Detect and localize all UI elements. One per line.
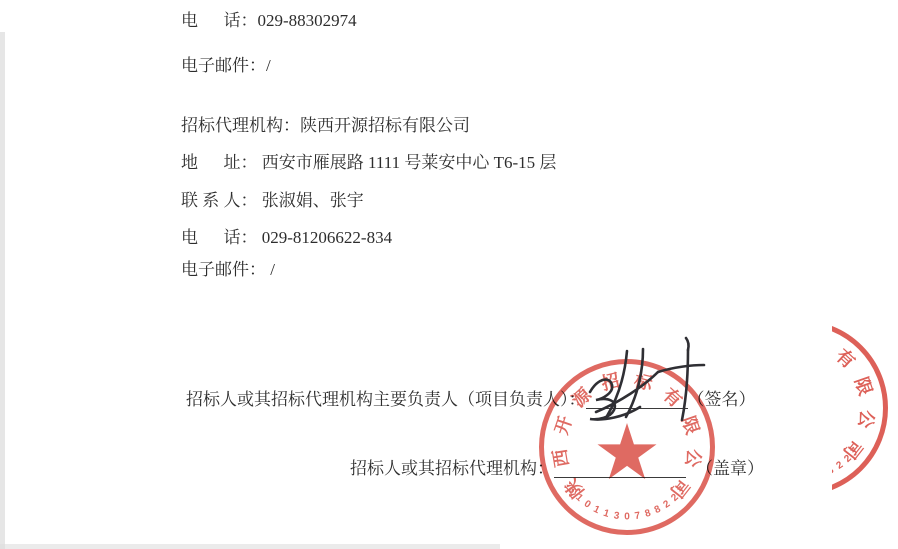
field-label: 联 系 人： (181, 190, 258, 212)
field-value: 西安市雁展路 1111 号莱安中心 T6-15 层 (258, 152, 557, 174)
field-label: 电 话： (181, 227, 258, 249)
leader-signature-label: 招标人或其招标代理机构主要负责人（项目负责人）： (186, 389, 586, 411)
scan-edge-artifact (0, 32, 5, 549)
field-value: / (266, 259, 275, 281)
field-value: / (266, 55, 271, 77)
agency-phone-line: 电 话： 029-81206622-834 (181, 227, 392, 249)
field-label: 电子邮件： (181, 259, 266, 281)
org-stamp-label: 招标人或其招标代理机构： (350, 458, 554, 480)
agency-contacts-line: 联 系 人： 张淑娟、张宇 (181, 190, 364, 212)
owner-phone-line: 电 话：029-88302974 (181, 10, 357, 32)
field-value: 029-88302974 (258, 10, 357, 32)
agency-name-line: 招标代理机构：陕西开源招标有限公司 (181, 115, 470, 137)
field-value: 陕西开源招标有限公司 (300, 115, 470, 137)
field-value: 029-81206622-834 (258, 227, 393, 249)
field-label: 招标代理机构： (181, 115, 300, 137)
field-label: 电 话： (181, 10, 258, 32)
owner-email-line: 电子邮件：/ (181, 55, 271, 77)
handwritten-signature (578, 330, 718, 445)
scan-edge-artifact (0, 544, 500, 549)
document-page: 电 话：029-88302974 电子邮件：/ 招标代理机构：陕西开源招标有限公… (0, 0, 898, 549)
field-label: 电子邮件： (181, 55, 266, 77)
agency-email-line: 电子邮件： / (181, 259, 275, 281)
field-label: 地 址： (181, 152, 258, 174)
agency-address-line: 地 址： 西安市雁展路 1111 号莱安中心 T6-15 层 (181, 152, 556, 174)
field-value: 张淑娟、张宇 (258, 190, 364, 212)
